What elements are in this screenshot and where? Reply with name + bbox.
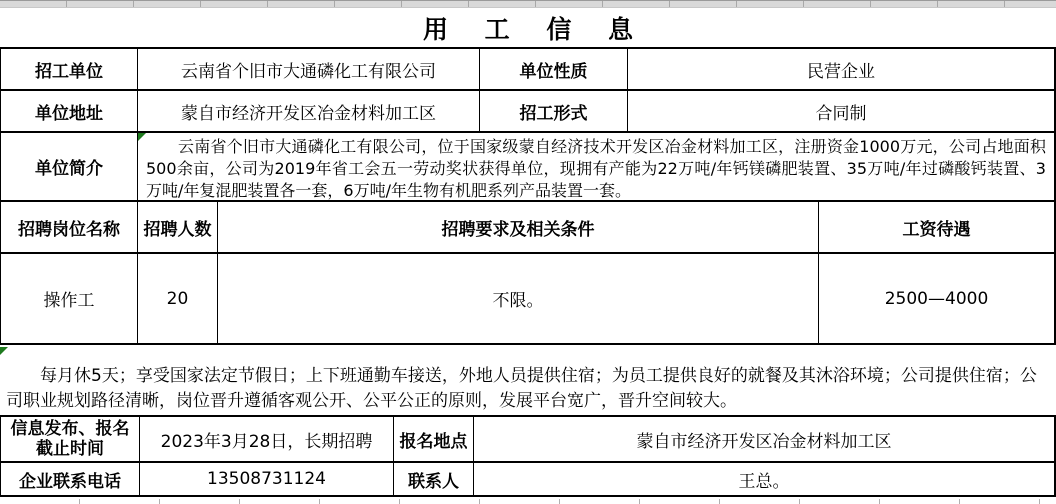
cell-company-intro-text[interactable]: 云南省个旧市大通磷化工有限公司，位于国家级蒙自经济技术开发区冶金材料加工区，注册… <box>138 133 1054 200</box>
recruit-unit-label: 招工单位 <box>35 57 103 82</box>
cell-recruit-unit-value[interactable]: 云南省个旧市大通磷化工有限公司 <box>138 49 480 89</box>
spreadsheet-gridline-strip-top <box>0 0 1056 8</box>
cell-phone-value[interactable]: 13508731124 <box>140 463 394 495</box>
cell-header-position-name[interactable]: 招聘岗位名称 <box>1 202 138 252</box>
unit-address-value: 蒙自市经济开发区冶金材料加工区 <box>181 99 436 124</box>
spreadsheet-gridline-ticks <box>0 499 1056 504</box>
phone-value: 13508731124 <box>207 469 326 489</box>
cell-position-salary[interactable]: 2500—4000 <box>819 254 1054 343</box>
table-row-phone: 企业联系电话 13508731124 联系人 王总。 <box>1 463 1054 495</box>
deadline-value: 2023年3月28日，长期招聘 <box>161 427 373 452</box>
cell-location-label[interactable]: 报名地点 <box>394 417 474 461</box>
cell-unit-type-label[interactable]: 单位性质 <box>480 49 628 89</box>
unit-address-label: 单位地址 <box>35 99 103 124</box>
position-salary-value: 2500—4000 <box>885 289 989 309</box>
position-headcount-value: 20 <box>167 289 189 309</box>
header-salary: 工资待遇 <box>903 215 971 240</box>
spreadsheet-gridline-strip-bottom <box>0 497 1056 504</box>
unit-type-label: 单位性质 <box>520 57 588 82</box>
location-label: 报名地点 <box>400 427 468 452</box>
position-name-value: 操作工 <box>44 286 95 311</box>
location-value: 蒙自市经济开发区冶金材料加工区 <box>637 427 892 452</box>
header-headcount: 招聘人数 <box>144 215 212 240</box>
company-intro-text: 云南省个旧市大通磷化工有限公司，位于国家级蒙自经济技术开发区冶金材料加工区，注册… <box>146 136 1046 200</box>
table-row-recruit-unit: 招工单位 云南省个旧市大通磷化工有限公司 单位性质 民营企业 <box>1 49 1054 91</box>
table-row-deadline: 信息发布、报名 截止时间 2023年3月28日，长期招聘 报名地点 蒙自市经济开… <box>1 417 1054 463</box>
cell-recruit-form-value[interactable]: 合同制 <box>628 91 1054 131</box>
document-title-row[interactable]: 用 工 信 息 <box>0 8 1056 47</box>
benefits-note-area[interactable]: 每月休5天；享受国家法定节假日；上下班通勤车接送，外地人员提供住宿；为员工提供良… <box>0 345 1056 415</box>
table-row-company-intro: 单位简介 云南省个旧市大通磷化工有限公司，位于国家级蒙自经济技术开发区冶金材料加… <box>1 133 1054 202</box>
cell-position-headcount[interactable]: 20 <box>138 254 218 343</box>
error-indicator-icon <box>0 347 8 355</box>
unit-type-value: 民营企业 <box>807 57 875 82</box>
cell-recruit-form-label[interactable]: 招工形式 <box>480 91 628 131</box>
cell-unit-address-label[interactable]: 单位地址 <box>1 91 138 131</box>
cell-contact-person-label[interactable]: 联系人 <box>394 463 474 495</box>
benefits-note-text: 每月休5天；享受国家法定节假日；上下班通勤车接送，外地人员提供住宿；为员工提供良… <box>6 364 1052 414</box>
phone-label: 企业联系电话 <box>19 467 121 492</box>
cell-company-intro-label[interactable]: 单位简介 <box>1 133 138 200</box>
cell-location-value[interactable]: 蒙自市经济开发区冶金材料加工区 <box>474 417 1054 461</box>
company-intro-label: 单位简介 <box>35 154 103 179</box>
table-row-position-headers: 招聘岗位名称 招聘人数 招聘要求及相关条件 工资待遇 <box>1 202 1054 254</box>
cell-phone-label[interactable]: 企业联系电话 <box>1 463 140 495</box>
employment-info-table: 招工单位 云南省个旧市大通磷化工有限公司 单位性质 民营企业 单位地址 蒙自市经… <box>0 47 1056 345</box>
page-title: 用 工 信 息 <box>409 10 647 46</box>
table-row-unit-address: 单位地址 蒙自市经济开发区冶金材料加工区 招工形式 合同制 <box>1 91 1054 133</box>
position-requirements-value: 不限。 <box>493 286 544 311</box>
error-indicator-icon <box>138 133 146 141</box>
cell-contact-person-value[interactable]: 王总。 <box>474 463 1054 495</box>
contact-person-value: 王总。 <box>739 467 790 492</box>
cell-unit-type-value[interactable]: 民营企业 <box>628 49 1054 89</box>
cell-unit-address-value[interactable]: 蒙自市经济开发区冶金材料加工区 <box>138 91 480 131</box>
cell-deadline-label[interactable]: 信息发布、报名 截止时间 <box>1 417 140 461</box>
header-requirements: 招聘要求及相关条件 <box>442 215 595 240</box>
cell-position-requirements[interactable]: 不限。 <box>218 254 819 343</box>
cell-header-salary[interactable]: 工资待遇 <box>819 202 1054 252</box>
deadline-label: 信息发布、报名 截止时间 <box>11 419 130 459</box>
cell-position-name[interactable]: 操作工 <box>1 254 138 343</box>
contact-person-label: 联系人 <box>408 467 459 492</box>
recruit-unit-value: 云南省个旧市大通磷化工有限公司 <box>181 57 436 82</box>
recruit-form-value: 合同制 <box>816 99 867 124</box>
cell-recruit-unit-label[interactable]: 招工单位 <box>1 49 138 89</box>
cell-header-headcount[interactable]: 招聘人数 <box>138 202 218 252</box>
spreadsheet-view: 用 工 信 息 招工单位 云南省个旧市大通磷化工有限公司 单位性质 民营企业 单… <box>0 0 1056 504</box>
cell-deadline-value[interactable]: 2023年3月28日，长期招聘 <box>140 417 394 461</box>
contact-info-table: 信息发布、报名 截止时间 2023年3月28日，长期招聘 报名地点 蒙自市经济开… <box>0 415 1056 497</box>
recruit-form-label: 招工形式 <box>520 99 588 124</box>
header-position-name: 招聘岗位名称 <box>18 215 120 240</box>
table-row-position-operator: 操作工 20 不限。 2500—4000 <box>1 254 1054 343</box>
cell-header-requirements[interactable]: 招聘要求及相关条件 <box>218 202 819 252</box>
